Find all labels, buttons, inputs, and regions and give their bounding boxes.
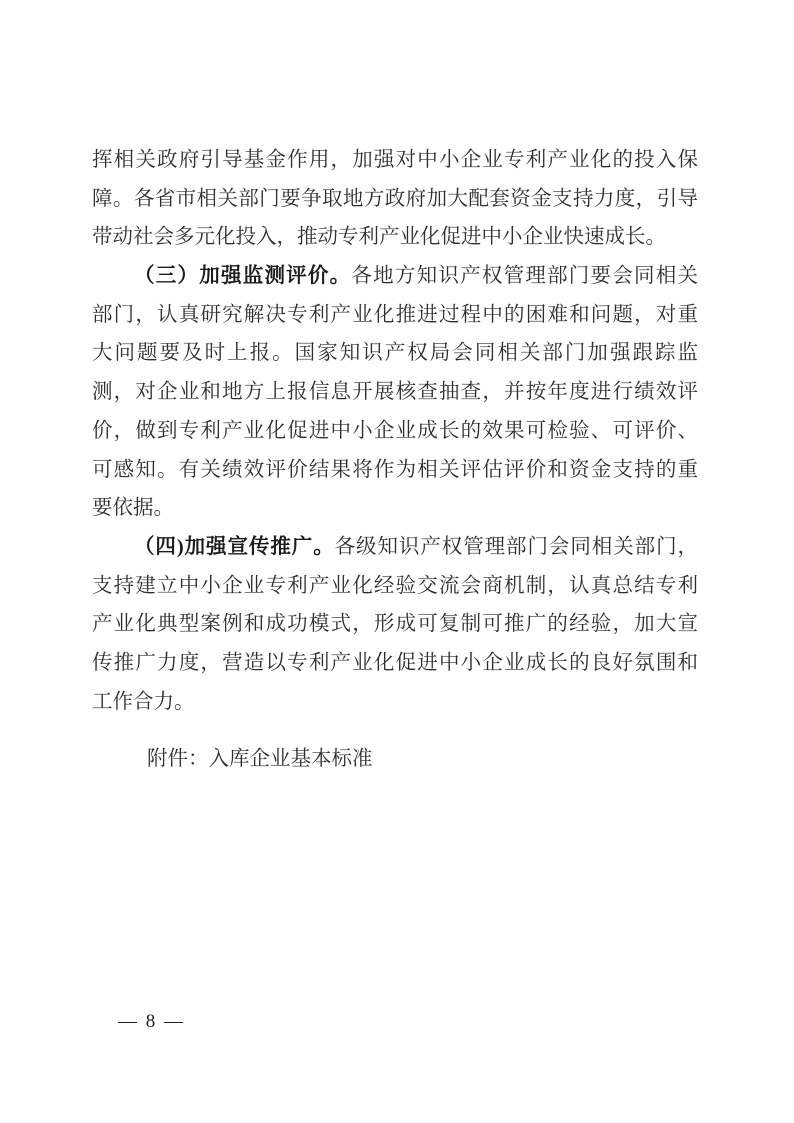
- text-line: 障。各省市相关部门要争取地方政府加大配套资金支持力度，引导: [92, 180, 698, 219]
- line-text: 可感知。有关绩效评价结果将作为相关评估评价和资金支持的重: [92, 459, 698, 481]
- text-line-section-3: （三）加强监测评价。各地方知识产权管理部门要会同相关: [92, 257, 698, 296]
- page-number: — 8 —: [118, 1008, 185, 1036]
- attachment-line: 附件：入库企业基本标准: [92, 740, 698, 779]
- line-text: 支持建立中小企业专利产业化经验交流会商机制，认真总结专利: [92, 575, 698, 597]
- text-line: 部门，认真研究解决专利产业化推进过程中的困难和问题，对重: [92, 296, 698, 335]
- text-line: 可感知。有关绩效评价结果将作为相关评估评价和资金支持的重: [92, 451, 698, 490]
- text-line: 挥相关政府引导基金作用，加强对中小企业专利产业化的投入保: [92, 141, 698, 180]
- text-line-section-4: （四)加强宣传推广。各级知识产权管理部门会同相关部门，: [92, 528, 698, 567]
- line-text: 价，做到专利产业化促进中小企业成长的效果可检验、可评价、: [92, 420, 698, 442]
- section-heading: （四)加强宣传推广。: [134, 536, 335, 558]
- attachment-text: 附件：入库企业基本标准: [147, 748, 373, 770]
- line-text: 部门，认真研究解决专利产业化推进过程中的困难和问题，对重: [92, 304, 698, 326]
- document-body: 挥相关政府引导基金作用，加强对中小企业专利产业化的投入保 障。各省市相关部门要争…: [92, 141, 698, 779]
- text-line: 工作合力。: [92, 683, 698, 722]
- section-heading: （三）加强监测评价。: [134, 265, 351, 287]
- text-line: 要依据。: [92, 489, 698, 528]
- line-text: 障。各省市相关部门要争取地方政府加大配套资金支持力度，引导: [92, 188, 698, 210]
- text-line: 传推广力度，营造以专利产业化促进中小企业成长的良好氛围和: [92, 644, 698, 683]
- text-line: 价，做到专利产业化促进中小企业成长的效果可检验、可评价、: [92, 412, 698, 451]
- line-text: 大问题要及时上报。国家知识产权局会同相关部门加强跟踪监: [92, 342, 698, 364]
- text-line: 支持建立中小企业专利产业化经验交流会商机制，认真总结专利: [92, 567, 698, 606]
- line-text: 工作合力。: [92, 691, 195, 713]
- line-text: 各地方知识产权管理部门要会同相关: [351, 265, 698, 287]
- line-text: 测，对企业和地方上报信息开展核查抽查，并按年度进行绩效评: [92, 381, 698, 403]
- text-line: 测，对企业和地方上报信息开展核查抽查，并按年度进行绩效评: [92, 373, 698, 412]
- line-text: 挥相关政府引导基金作用，加强对中小企业专利产业化的投入保: [92, 149, 698, 171]
- line-text: 带动社会多元化投入，推动专利产业化促进中小企业快速成长。: [92, 226, 666, 248]
- line-text: 传推广力度，营造以专利产业化促进中小企业成长的良好氛围和: [92, 652, 698, 674]
- line-text: 产业化典型案例和成功模式，形成可复制可推广的经验，加大宣: [92, 613, 698, 635]
- text-line: 带动社会多元化投入，推动专利产业化促进中小企业快速成长。: [92, 218, 698, 257]
- line-text: 要依据。: [92, 497, 174, 519]
- text-line: 产业化典型案例和成功模式，形成可复制可推广的经验，加大宣: [92, 605, 698, 644]
- document-page: 挥相关政府引导基金作用，加强对中小企业专利产业化的投入保 障。各省市相关部门要争…: [0, 0, 794, 1123]
- text-line: 大问题要及时上报。国家知识产权局会同相关部门加强跟踪监: [92, 334, 698, 373]
- line-text: 各级知识产权管理部门会同相关部门，: [335, 536, 698, 558]
